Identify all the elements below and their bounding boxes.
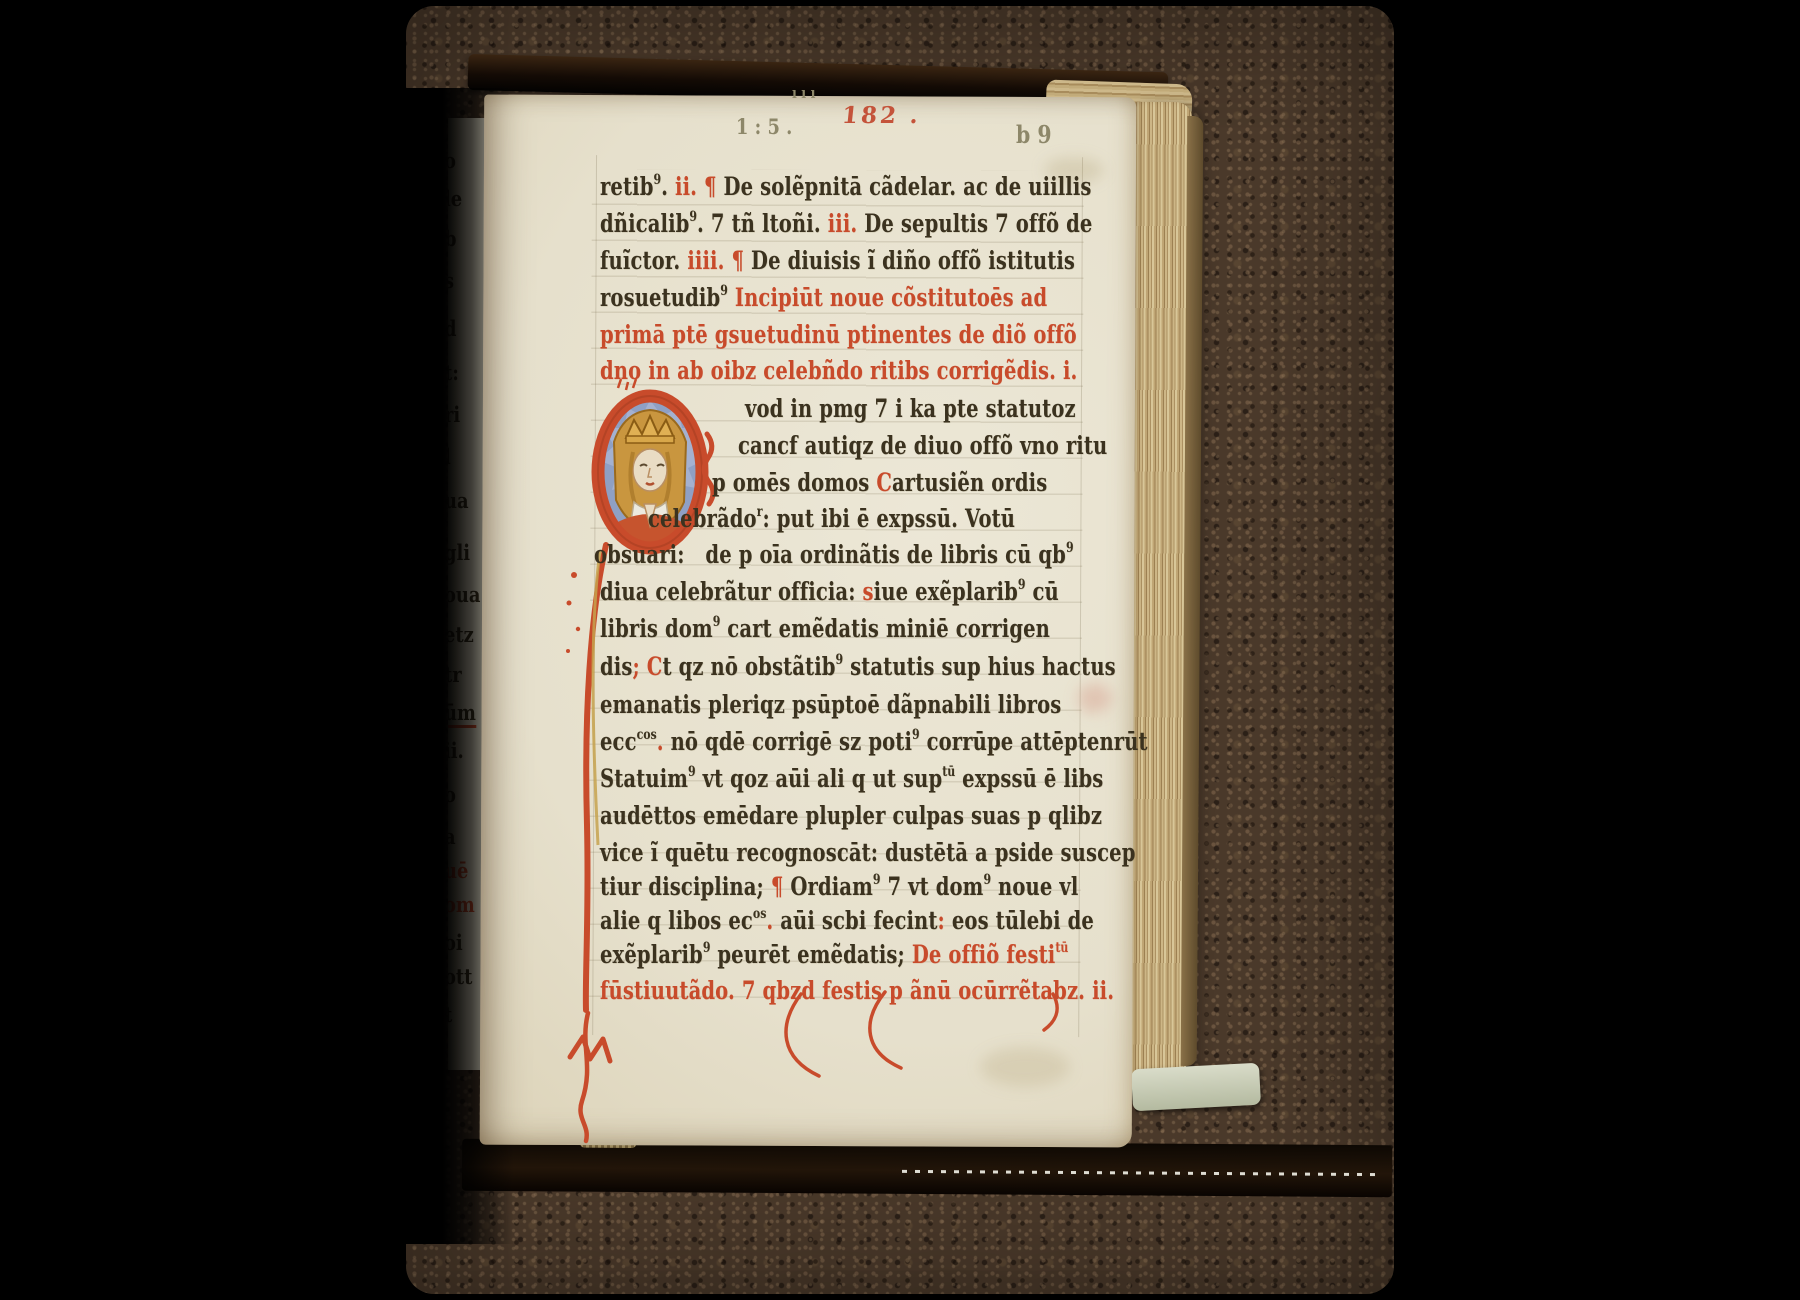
tan-stain-top (1044, 157, 1104, 183)
tail-zigzag (570, 1037, 610, 1061)
red-droplets (566, 572, 580, 653)
ruling-lines (588, 169, 1084, 1017)
book-binding-bottom-edge (462, 1139, 1392, 1197)
photo-of-manuscript: olebsdt:riluagliouaetztrūmii.oauēomoiott… (0, 0, 1800, 1300)
illuminated-initial-q (584, 382, 720, 568)
pink-stain (1078, 683, 1112, 713)
initial-tail-flourish (560, 545, 630, 1145)
page-stack-bottom-corner (1131, 1063, 1261, 1112)
rubric-flourishes (735, 992, 1115, 1092)
binding-glint-highlight (902, 1170, 1382, 1176)
